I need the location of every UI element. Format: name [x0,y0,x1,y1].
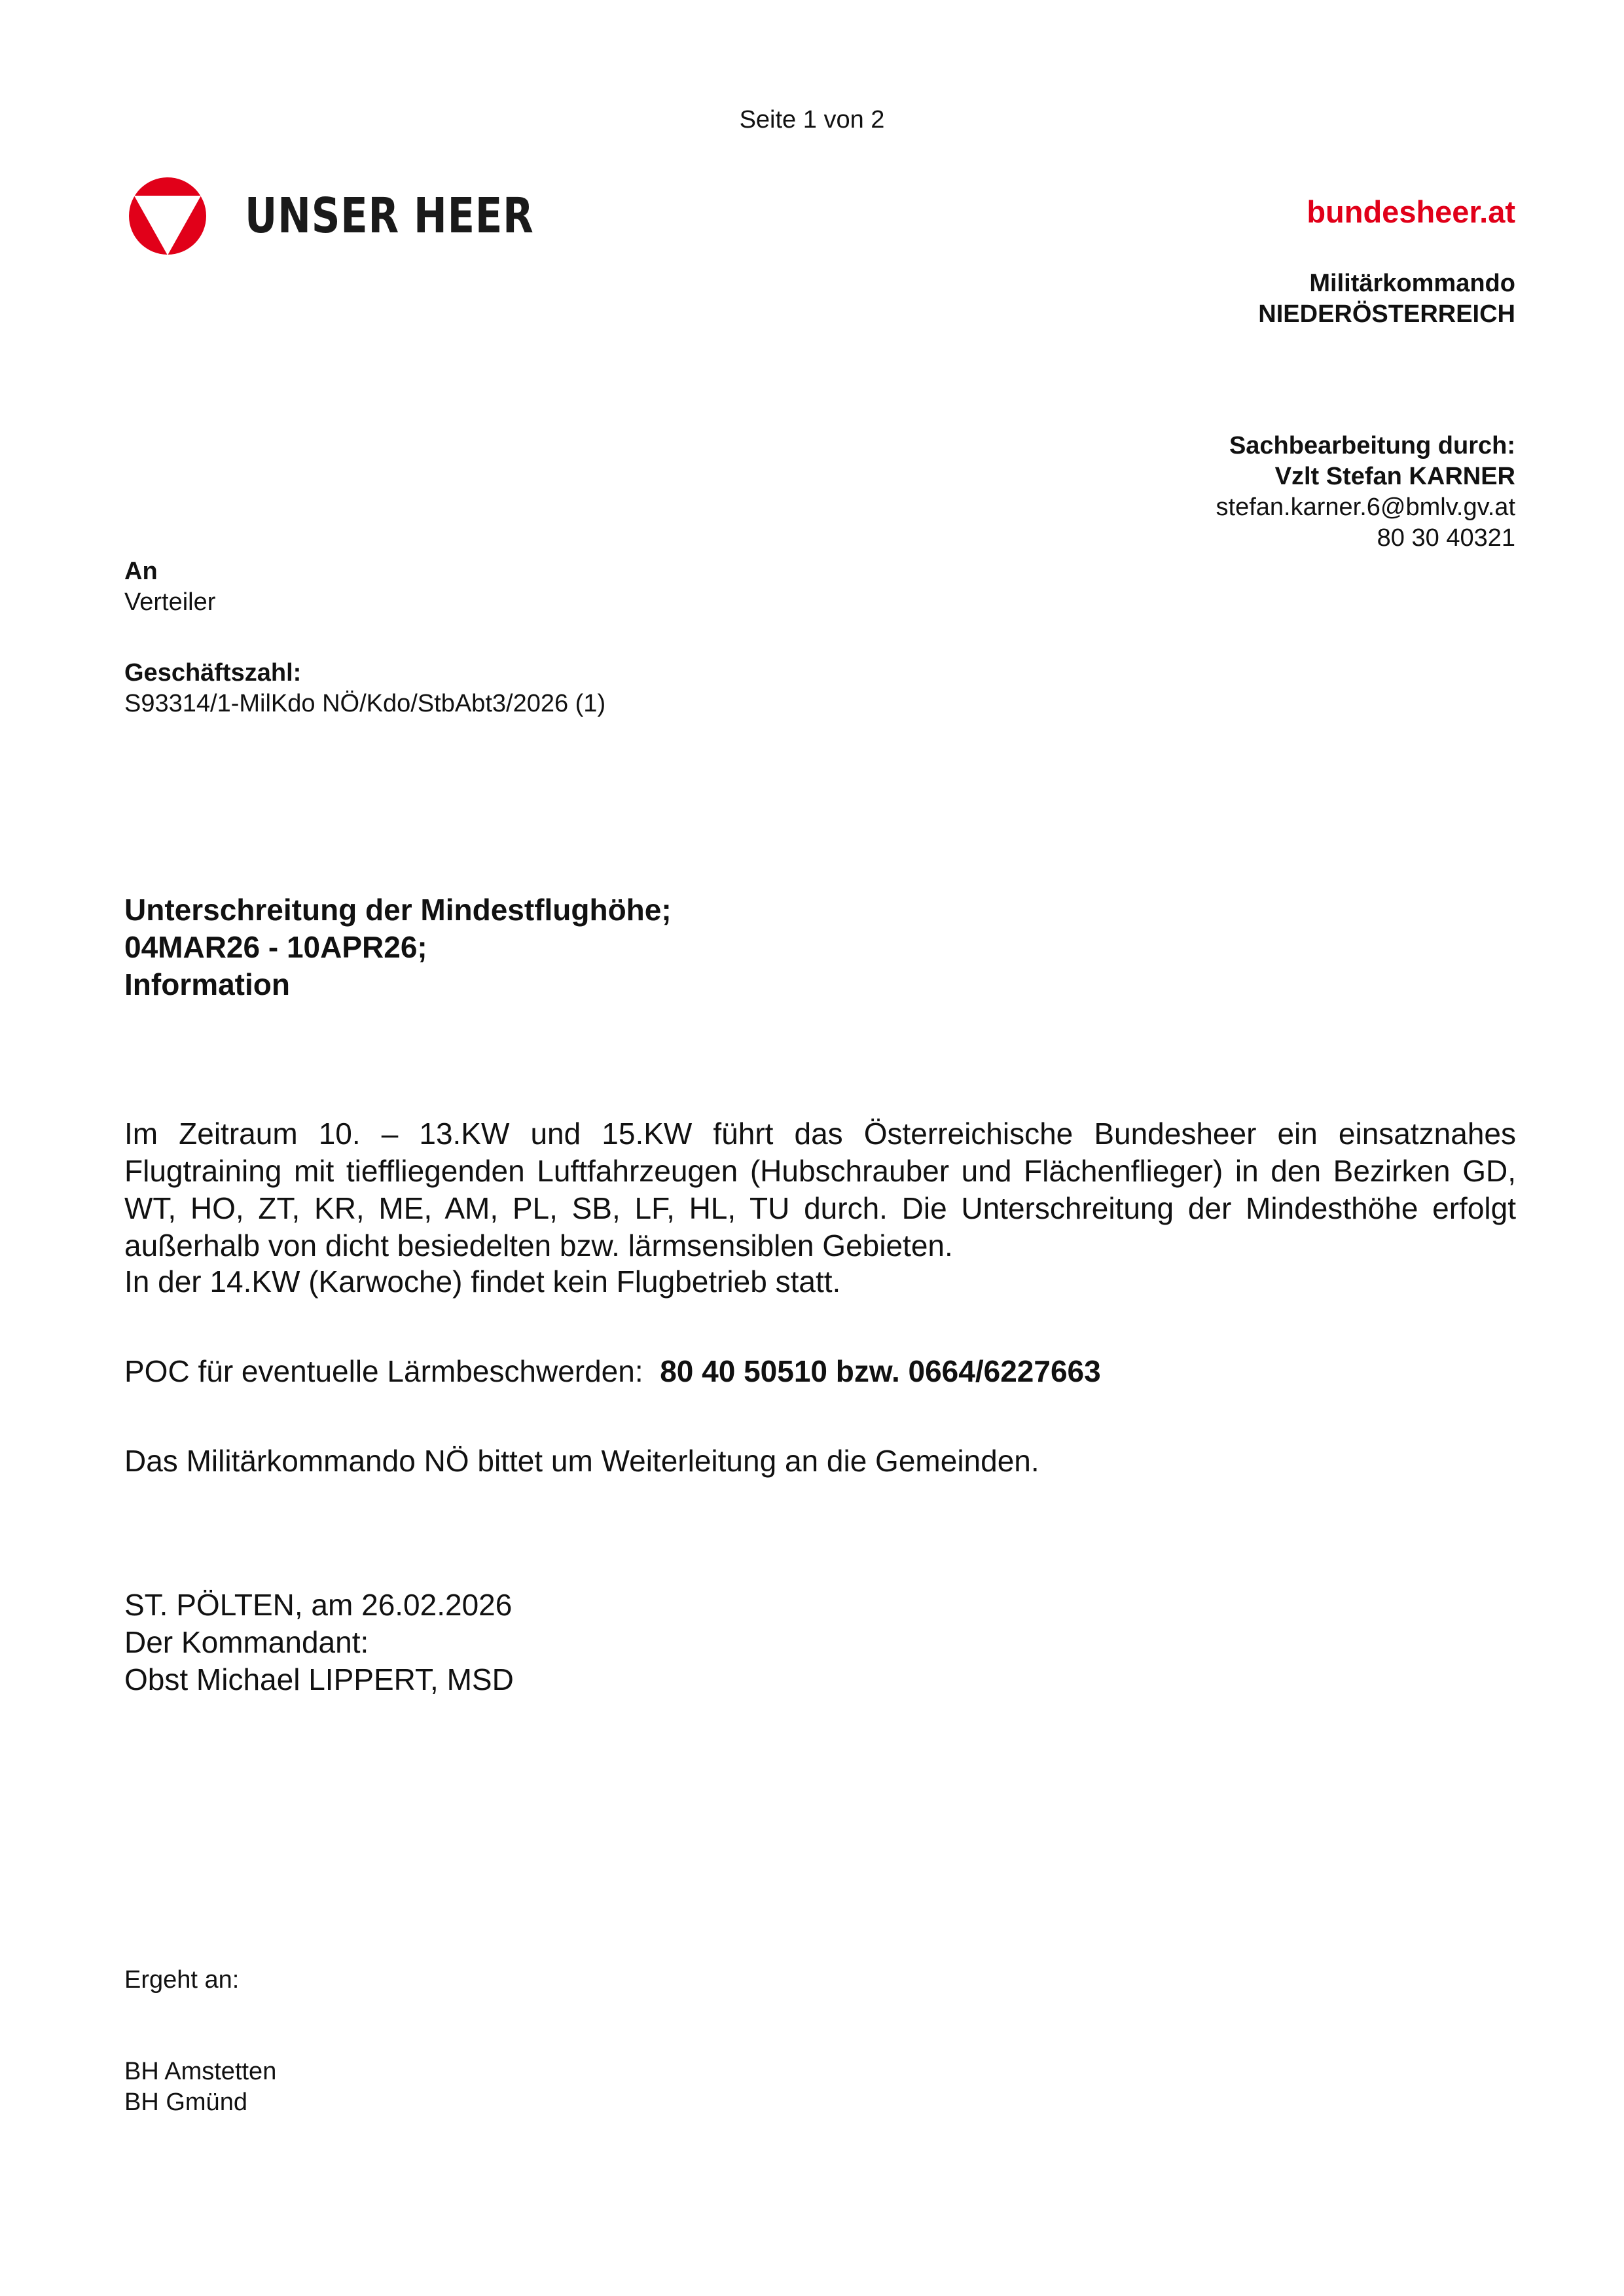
recipient-block: An Verteiler [124,556,215,618]
distribution-list: BH Amstetten BH Gmünd [124,2056,276,2118]
austrian-army-emblem-icon [128,177,207,255]
reference-block: Geschäftszahl: S93314/1-MilKdo NÖ/Kdo/St… [124,658,605,719]
reference-number: S93314/1-MilKdo NÖ/Kdo/StbAbt3/2026 (1) [124,689,605,719]
subject: Unterschreitung der Mindestflughöhe; 04M… [124,891,672,1003]
contact-label: Sachbearbeitung durch: [1216,431,1515,461]
signatory-name: Obst Michael LIPPERT, MSD [124,1661,1516,1698]
poc-phone-numbers: 80 40 50510 bzw. 0664/6227663 [660,1354,1101,1388]
website-link[interactable]: bundesheer.at [1307,194,1515,230]
unit-name: Militärkommando [1258,268,1515,299]
issuing-unit: Militärkommando NIEDERÖSTERREICH [1258,268,1515,330]
signatory-role: Der Kommandant: [124,1624,1516,1661]
logo: UNSER HEER [128,177,598,255]
distribution-label: Ergeht an: [124,1965,239,1996]
signature-block: ST. PÖLTEN, am 26.02.2026 Der Kommandant… [124,1587,1516,1698]
logo-text: UNSER HEER [245,188,534,244]
recipient-label: An [124,556,215,587]
subject-type: Information [124,966,672,1003]
subject-period: 04MAR26 - 10APR26; [124,929,672,966]
distribution-item: BH Amstetten [124,2056,276,2087]
subject-title: Unterschreitung der Mindestflughöhe; [124,891,672,929]
unit-region: NIEDERÖSTERREICH [1258,299,1515,330]
forward-request: Das Militärkommando NÖ bittet um Weiterl… [124,1443,1516,1480]
recipient-value: Verteiler [124,587,215,618]
contact-block: Sachbearbeitung durch: Vzlt Stefan KARNE… [1216,431,1515,554]
reference-label: Geschäftszahl: [124,658,605,689]
contact-name: Vzlt Stefan KARNER [1216,461,1515,492]
poc-line: POC für eventuelle Lärmbeschwerden: 80 4… [124,1353,1516,1390]
distribution-item: BH Gmünd [124,2087,276,2118]
contact-phone: 80 30 40321 [1216,523,1515,554]
page-indicator: Seite 1 von 2 [0,106,1624,134]
body-paragraph-no-flights: In der 14.KW (Karwoche) findet kein Flug… [124,1263,1516,1300]
contact-email[interactable]: stefan.karner.6@bmlv.gv.at [1216,492,1515,523]
body-paragraph-training: Im Zeitraum 10. – 13.KW und 15.KW führt … [124,1115,1516,1265]
poc-label: POC für eventuelle Lärmbeschwerden: [124,1354,643,1388]
place-date: ST. PÖLTEN, am 26.02.2026 [124,1587,1516,1624]
